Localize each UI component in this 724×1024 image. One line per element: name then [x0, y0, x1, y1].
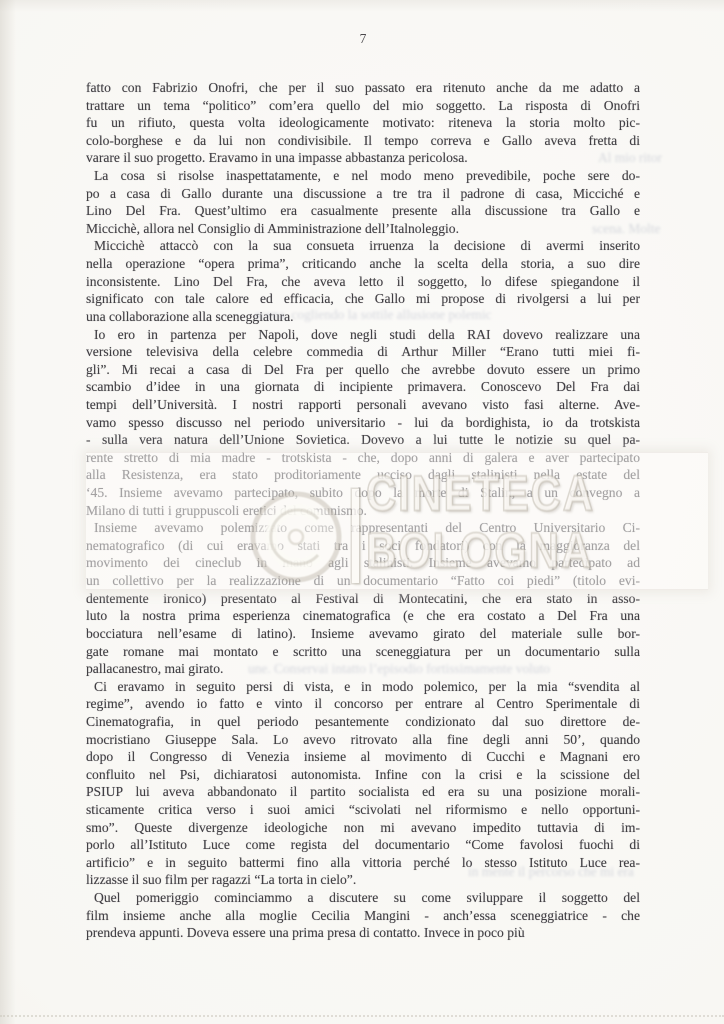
text-line: regime”, avendo io fatto e vinto il conc…	[86, 695, 640, 713]
text-line: varare il suo progetto. Eravamo in una i…	[86, 149, 640, 167]
text-line: nematografico (di cui eravamo stati tra …	[86, 537, 640, 555]
ghost-text-line: in mente il percorso che mi era	[468, 864, 634, 880]
body-text: fatto con Fabrizio Onofri, che per il su…	[86, 79, 640, 942]
text-line: porlo all’Istituto Luce come regista del…	[86, 836, 640, 854]
text-line: confluito nel Psi, dichiaratosi autonomi…	[86, 766, 640, 784]
paragraph: Insieme avevamo polemizzato come rappres…	[86, 519, 640, 677]
bottom-scan-edge	[0, 1015, 724, 1017]
text-line: luto la nostra prima esperienza cinemato…	[86, 607, 640, 625]
text-line: nella operazione “opera prima”, critican…	[86, 255, 640, 273]
text-line: Io ero in partenza per Napoli, dove negl…	[86, 326, 640, 344]
text-line: scambio d’idee in una giornata di incipi…	[86, 378, 640, 396]
text-line: movimento dei cineclub in mano agli stal…	[86, 554, 640, 572]
text-line: versione televisiva della celebre commed…	[86, 343, 640, 361]
text-line: Lino Del Fra. Quest’ultimo era casualmen…	[86, 202, 640, 220]
top-scan-shadow	[0, 0, 724, 12]
text-line: alla Resistenza, era stato proditoriamen…	[86, 466, 640, 484]
text-line: Ci eravamo in seguito persi di vista, e …	[86, 678, 640, 696]
text-line: Miccichè attaccò con la sua consueta irr…	[86, 237, 640, 255]
text-line: Cinematografia, in quel periodo pesantem…	[86, 713, 640, 731]
scanned-book-page: 7 fatto con Fabrizio Onofri, che per il …	[0, 0, 724, 1024]
text-line: gli”. Mi recai a casa di Del Fra per que…	[86, 361, 640, 379]
text-line: smo”. Queste divergenze ideologiche non …	[86, 819, 640, 837]
text-line: sticamente critica verso i suoi amici “s…	[86, 801, 640, 819]
text-line: vamo spesso discusso nel periodo univers…	[86, 414, 640, 432]
text-line: La cosa si risolse inaspettatamente, e n…	[86, 167, 640, 185]
text-line: significato con tale calore ed efficacia…	[86, 290, 640, 308]
text-line: mocristiano Giuseppe Sala. Lo avevo ritr…	[86, 731, 640, 749]
text-line: prendeva appunti. Doveva essere una prim…	[86, 924, 640, 942]
paragraph: Io ero in partenza per Napoli, dove negl…	[86, 326, 640, 520]
text-line: colo-borghese e da lui non condivisibile…	[86, 132, 640, 150]
paragraph: Quel pomeriggio cominciammo a discutere …	[86, 889, 640, 942]
paragraph: fatto con Fabrizio Onofri, che per il su…	[86, 79, 640, 167]
text-line: po a casa di Gallo durante una discussio…	[86, 185, 640, 203]
text-line: Insieme avevamo polemizzato come rappres…	[86, 519, 640, 537]
text-line: Milano di tutti i gruppuscoli eretici de…	[86, 502, 640, 520]
text-line: un collettivo per la realizzazione di un…	[86, 572, 640, 590]
ghost-text-line: Al mio ritor	[598, 150, 662, 166]
text-line: fu un rifiuto, questa volta ideologicame…	[86, 114, 640, 132]
text-line: dentemente ironico) presentato al Festiv…	[86, 590, 640, 608]
ghost-text-line: scena, cogliendo la sottile allusione po…	[255, 307, 492, 323]
ghost-text-line: une. Conservai intatto l’episodio fortis…	[248, 661, 550, 677]
paragraph: La cosa si risolse inaspettatamente, e n…	[86, 167, 640, 237]
text-line: inconsistente. Lino Del Fra, che aveva l…	[86, 273, 640, 291]
left-scan-shadow	[0, 0, 16, 1024]
text-line: film insieme anche alla moglie Cecilia M…	[86, 907, 640, 925]
text-line: fatto con Fabrizio Onofri, che per il su…	[86, 79, 640, 97]
text-line: bocciatura nell’esame di latino). Insiem…	[86, 625, 640, 643]
text-line: ‘45. Insieme avevamo partecipato, subito…	[86, 484, 640, 502]
text-line: trattare un tema “politico” com’era quel…	[86, 97, 640, 115]
text-line: rente stretto di mia madre - trotskista …	[86, 449, 640, 467]
paragraph: Ci eravamo in seguito persi di vista, e …	[86, 678, 640, 889]
page-number: 7	[86, 31, 640, 47]
text-line: dopo il Congresso di Venezia insieme al …	[86, 748, 640, 766]
ghost-text-line: scena. Molte	[592, 221, 660, 237]
text-line: Miccichè, allora nel Consiglio di Ammini…	[86, 220, 640, 238]
text-line: PSIUP lui aveva abbandonato il partito s…	[86, 783, 640, 801]
text-line: gate romane mai montato e scritto una sc…	[86, 643, 640, 661]
text-line: Quel pomeriggio cominciammo a discutere …	[86, 889, 640, 907]
text-line: tempi dell’Università. I nostri rapporti…	[86, 396, 640, 414]
text-line: - sulla vera natura dell’Unione Sovietic…	[86, 431, 640, 449]
